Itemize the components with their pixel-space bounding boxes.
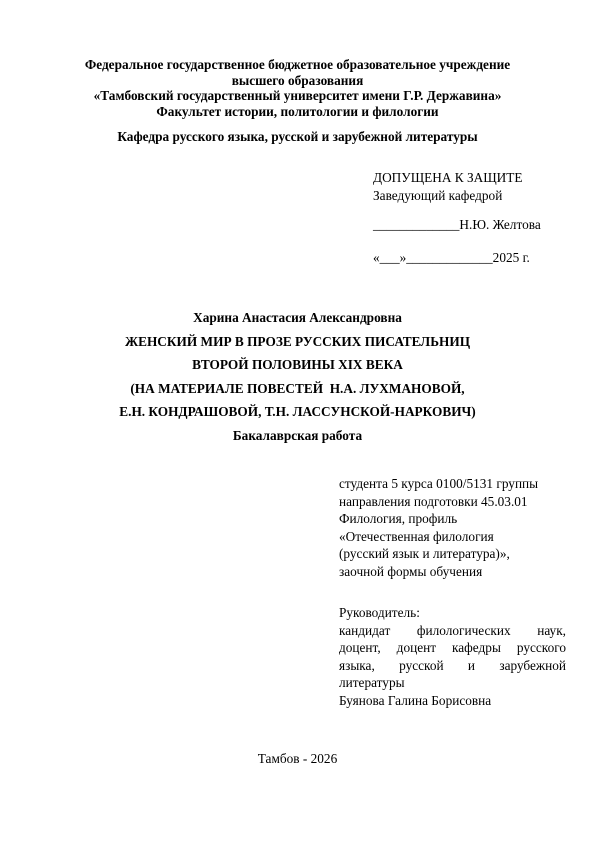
university-name: «Тамбовский государственный университет … [0,88,595,104]
department-name: Кафедра русского языка, русской и зарубе… [0,129,595,145]
approval-heading: ДОПУЩЕНА К ЗАЩИТЕ [373,169,522,187]
title-page: Федеральное государственное бюджетное об… [0,0,595,841]
supervisor-label: Руководитель: [339,604,566,622]
student-line-5: (русский язык и литература)», [339,545,566,563]
signature-line: _____________Н.Ю. Желтова [373,217,541,233]
author-name: Харина Анастасия Александровна [0,306,595,330]
approval-date-line: «___»_____________2025 г. [373,250,530,266]
supervisor-credentials-line-2: доцент, доцент кафедры русского [339,639,566,657]
city-year: Тамбов - 2026 [0,751,595,767]
faculty-name: Факультет истории, политологии и филолог… [0,104,595,120]
student-line-2: направления подготовки 45.03.01 [339,493,566,511]
supervisor-name: Буянова Галина Борисовна [339,692,566,710]
thesis-title-block: Харина Анастасия Александровна ЖЕНСКИЙ М… [0,306,595,447]
institution-line-2: высшего образования [0,73,595,89]
institution-header: Федеральное государственное бюджетное об… [0,57,595,119]
student-info-block: студента 5 курса 0100/5131 группы направ… [339,475,566,580]
student-line-4: «Отечественная филология [339,528,566,546]
thesis-title-line-1: ЖЕНСКИЙ МИР В ПРОЗЕ РУССКИХ ПИСАТЕЛЬНИЦ [0,330,595,354]
student-line-1: студента 5 курса 0100/5131 группы [339,475,566,493]
student-line-3: Филология, профиль [339,510,566,528]
supervisor-credentials-line-1: кандидат филологических наук, [339,622,566,640]
student-line-6: заочной формы обучения [339,563,566,581]
supervisor-credentials-line-3: языка, русской и зарубежной [339,657,566,675]
approval-position: Заведующий кафедрой [373,187,522,205]
thesis-title-line-2: ВТОРОЙ ПОЛОВИНЫ XIX ВЕКА [0,353,595,377]
supervisor-credentials-line-4: литературы [339,674,566,692]
thesis-title-line-4: Е.Н. КОНДРАШОВОЙ, Т.Н. ЛАССУНСКОЙ-НАРКОВ… [0,400,595,424]
thesis-title-line-3: (НА МАТЕРИАЛЕ ПОВЕСТЕЙ Н.А. ЛУХМАНОВОЙ, [0,377,595,401]
work-type: Бакалаврская работа [0,424,595,448]
supervisor-block: Руководитель: кандидат филологических на… [339,604,566,709]
institution-line-1: Федеральное государственное бюджетное об… [0,57,595,73]
approval-block: ДОПУЩЕНА К ЗАЩИТЕ Заведующий кафедрой [373,169,522,204]
